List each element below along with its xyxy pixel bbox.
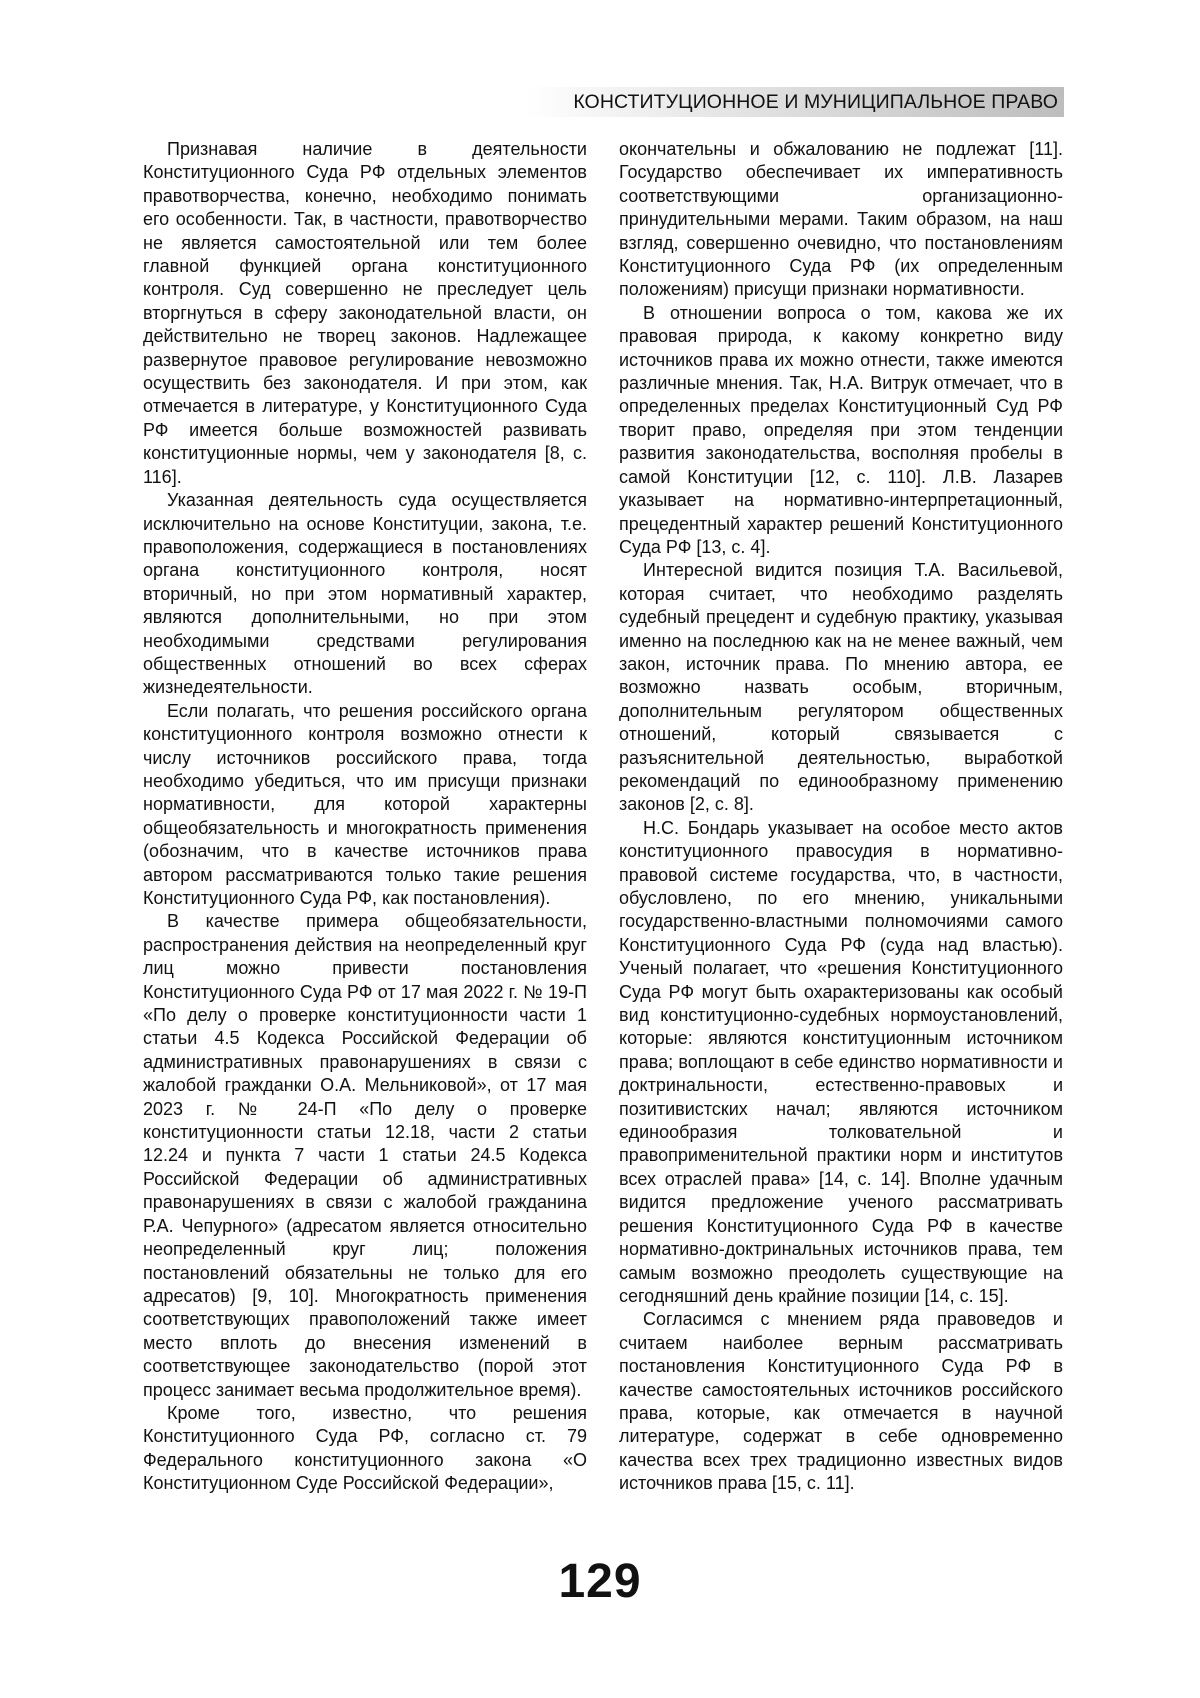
- paragraph: Указанная деятельность суда осуществляет…: [143, 489, 587, 700]
- paragraph: Согласимся с мнением ряда правоведов и с…: [619, 1308, 1063, 1495]
- section-title: КОНСТИТУЦИОННОЕ И МУНИЦИПАЛЬНОЕ ПРАВО: [573, 91, 1058, 114]
- paragraph: Интересной видится позиция Т.А. Васильев…: [619, 559, 1063, 816]
- right-column: окончательны и обжалованию не подлежат […: [619, 138, 1063, 1496]
- paragraph: В отношении вопроса о том, какова же их …: [619, 302, 1063, 559]
- paragraph: Н.С. Бондарь указывает на особое место а…: [619, 817, 1063, 1309]
- page-number: 129: [0, 1554, 1200, 1609]
- paragraph: Кроме того, известно, что решения Консти…: [143, 1402, 587, 1496]
- running-header: КОНСТИТУЦИОННОЕ И МУНИЦИПАЛЬНОЕ ПРАВО: [524, 87, 1064, 117]
- paragraph-continuation: окончательны и обжалованию не подлежат […: [619, 138, 1063, 302]
- paragraph: Признавая наличие в деятельности Констит…: [143, 138, 587, 489]
- paragraph: Если полагать, что решения российского о…: [143, 700, 587, 911]
- article-body: Признавая наличие в деятельности Констит…: [143, 138, 1063, 1496]
- left-column: Признавая наличие в деятельности Констит…: [143, 138, 587, 1496]
- paragraph: В качестве примера общеобязательности, р…: [143, 910, 587, 1402]
